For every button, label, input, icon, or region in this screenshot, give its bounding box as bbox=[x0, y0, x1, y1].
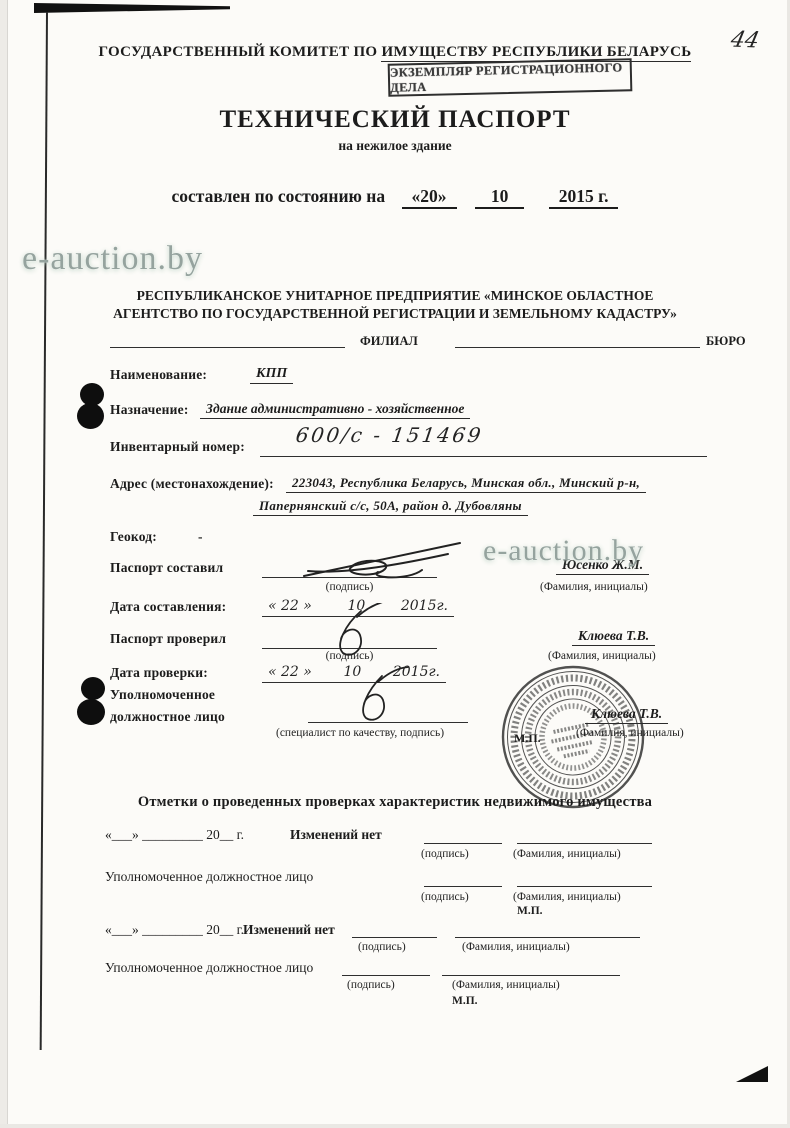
compiled-by-name-caption: (Фамилия, инициалы) bbox=[540, 581, 648, 593]
scanned-technical-passport-page: 44 ГОСУДАРСТВЕННЫЙ КОМИТЕТ ПО ИМУЩЕСТВУ … bbox=[0, 0, 790, 1128]
official-label-line1: Уполномоченное bbox=[110, 687, 215, 703]
committee-header: ГОСУДАРСТВЕННЫЙ КОМИТЕТ ПО ИМУЩЕСТВУ РЕС… bbox=[0, 44, 790, 61]
check2-no-changes: Изменений нет bbox=[243, 922, 335, 938]
official-name-caption: (Фамилия, инициалы) bbox=[576, 727, 684, 739]
scan-streak-top bbox=[34, 3, 230, 13]
checked-by-sign-caption: (подпись) bbox=[262, 650, 437, 662]
checks-heading: Отметки о проведенных проверках характер… bbox=[0, 794, 790, 811]
ink-blob bbox=[77, 403, 104, 429]
check1-official-label: Уполномоченное должностное лицо bbox=[105, 869, 313, 885]
check2-fio-caption: (Фамилия, инициалы) bbox=[462, 941, 570, 953]
committee-header-right: ИМУЩЕСТВУ РЕСПУБЛИКИ БЕЛАРУСЬ bbox=[381, 44, 691, 62]
field-inventory-label: Инвентарный номер: bbox=[110, 439, 245, 455]
filial-label: ФИЛИАЛ bbox=[360, 334, 418, 349]
scan-edge-left bbox=[0, 0, 8, 1128]
checked-by-label: Паспорт проверил bbox=[110, 631, 226, 647]
field-address-line2: Папернянский с/с, 50А, район д. Дубовлян… bbox=[253, 498, 528, 516]
watermark-e-auction: e-auction.by bbox=[22, 240, 203, 278]
scan-edge-bottom bbox=[0, 1124, 790, 1128]
field-address-label: Адрес (местонахождение): bbox=[110, 476, 274, 492]
checked-by-name-caption: (Фамилия, инициалы) bbox=[548, 650, 656, 662]
compiled-day: «20» bbox=[402, 186, 457, 209]
organization-name-line1: РЕСПУБЛИКАНСКОЕ УНИТАРНОЕ ПРЕДПРИЯТИЕ «М… bbox=[0, 288, 790, 304]
official-mp-label: М.П. bbox=[514, 731, 541, 746]
check2-blank-date: «___» _________ 20__ г. bbox=[105, 922, 244, 938]
check2-official-fio-caption: (Фамилия, инициалы) bbox=[452, 979, 560, 991]
document-title: ТЕХНИЧЕСКИЙ ПАСПОРТ bbox=[0, 106, 790, 134]
field-address-line1: 223043, Республика Беларусь, Минская обл… bbox=[286, 475, 646, 493]
document-subtitle: на нежилое здание bbox=[0, 138, 790, 154]
binder-line-left bbox=[40, 12, 48, 1050]
corner-wedge-mark bbox=[736, 1066, 768, 1082]
checked-by-name: Клюева Т.В. bbox=[572, 628, 655, 646]
official-label-line2: должностное лицо bbox=[110, 709, 225, 725]
checked-date-label: Дата проверки: bbox=[110, 665, 208, 681]
check1-official-fio-caption: (Фамилия, инициалы) bbox=[513, 891, 621, 903]
compiled-by-sign-caption: (подпись) bbox=[262, 581, 437, 593]
check1-sign-line bbox=[424, 830, 502, 844]
organization-name-line2: АГЕНТСТВО ПО ГОСУДАРСТВЕННОЙ РЕГИСТРАЦИИ… bbox=[0, 306, 790, 322]
check2-fio-line bbox=[455, 924, 640, 938]
check2-official-sign-caption: (подпись) bbox=[347, 979, 395, 991]
check1-official-fio-line bbox=[517, 873, 652, 887]
compiled-as-of-line: составлен по состоянию на «20» 10 2015 г… bbox=[0, 186, 790, 207]
compiled-date-day: « 22 » bbox=[268, 598, 312, 616]
field-name-value: КПП bbox=[250, 366, 293, 384]
check1-fio-caption: (Фамилия, инициалы) bbox=[513, 848, 621, 860]
check1-sign-caption: (подпись) bbox=[421, 848, 469, 860]
field-purpose-value: Здание административно - хозяйственное bbox=[200, 401, 470, 419]
buro-blank-line bbox=[455, 332, 700, 348]
buro-label: БЮРО bbox=[706, 334, 746, 349]
compiled-date-label: Дата составления: bbox=[110, 599, 226, 615]
signature-compiled-by bbox=[298, 538, 470, 584]
registration-copy-stamp: ЭКЗЕМПЛЯР РЕГИСТРАЦИОННОГО ДЕЛА bbox=[388, 58, 633, 97]
check1-official-sign-line bbox=[424, 873, 502, 887]
compiled-by-label: Паспорт составил bbox=[110, 560, 223, 576]
check2-sign-caption: (подпись) bbox=[358, 941, 406, 953]
field-purpose-label: Назначение: bbox=[110, 402, 189, 418]
check2-mp-label: М.П. bbox=[452, 995, 478, 1007]
check1-no-changes: Изменений нет bbox=[290, 827, 382, 843]
check1-blank-date: «___» _________ 20__ г. bbox=[105, 827, 244, 843]
registration-copy-stamp-text: ЭКЗЕМПЛЯР РЕГИСТРАЦИОННОГО ДЕЛА bbox=[390, 60, 631, 95]
ink-blob bbox=[77, 699, 105, 725]
check2-official-label: Уполномоченное должностное лицо bbox=[105, 960, 313, 976]
compiled-prefix: составлен по состоянию на bbox=[172, 186, 386, 206]
compiled-year: 2015 г. bbox=[549, 186, 619, 209]
check1-fio-line bbox=[517, 830, 652, 844]
field-name-label: Наименование: bbox=[110, 367, 207, 383]
official-name: Клюева Т.В. bbox=[585, 706, 668, 724]
check1-official-sign-caption: (подпись) bbox=[421, 891, 469, 903]
compiled-date-year: 2015г. bbox=[401, 598, 448, 616]
watermark-e-auction: e-auction.by bbox=[483, 534, 644, 568]
check1-mp-label: М.П. bbox=[517, 905, 543, 917]
filial-blank-line bbox=[110, 332, 345, 348]
compiled-month: 10 bbox=[475, 186, 525, 209]
field-geocode-label: Геокод: bbox=[110, 529, 157, 545]
ink-blob bbox=[81, 677, 105, 700]
check2-sign-line bbox=[352, 924, 437, 938]
field-inventory-value: 600/с - 151469 bbox=[294, 423, 484, 447]
check2-official-fio-line bbox=[442, 962, 620, 976]
official-sign-caption: (специалист по качеству, подпись) bbox=[276, 727, 444, 739]
signature-official bbox=[340, 666, 418, 726]
checked-date-day: « 22 » bbox=[268, 664, 312, 682]
check2-official-sign-line bbox=[342, 962, 430, 976]
field-geocode-value: - bbox=[198, 529, 203, 545]
committee-header-left: ГОСУДАРСТВЕННЫЙ КОМИТЕТ ПО bbox=[99, 44, 382, 60]
